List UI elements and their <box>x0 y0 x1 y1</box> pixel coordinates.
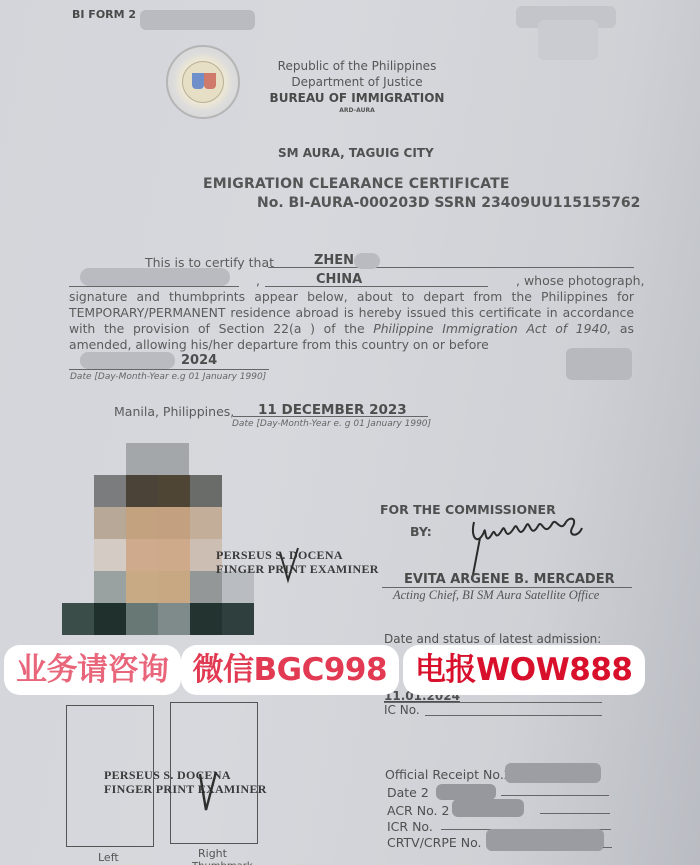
issued-date-hint: Date [Day-Month-Year e. g 01 January 199… <box>232 419 431 429</box>
valid-until-year: 2024 <box>181 353 217 368</box>
examiner-signature-icon <box>196 770 220 814</box>
crtv-label: CRTV/CRPE No. <box>387 835 481 850</box>
crtv-line <box>603 847 612 848</box>
redaction <box>566 348 632 380</box>
left-thumb-label: Left <box>98 851 119 864</box>
issued-place: Manila, Philippines, <box>114 404 234 419</box>
official-receipt-label: Official Receipt No.2 <box>385 767 512 782</box>
issued-date: 11 DECEMBER 2023 <box>258 402 407 418</box>
valid-until-line <box>69 369 269 370</box>
redaction <box>80 268 230 286</box>
watermark-text-2: 微信BGC998 <box>183 647 398 693</box>
admission-label: Date and status of latest admission: <box>384 632 601 646</box>
examiner-name: PERSEUS S. DOCENA <box>104 768 267 782</box>
agency-name: BUREAU OF IMMIGRATION <box>262 90 452 106</box>
ic-line <box>425 715 602 716</box>
certificate-title: EMIGRATION CLEARANCE CERTIFICATE <box>203 176 510 192</box>
republic-line: Republic of the Philippines <box>262 58 452 74</box>
redaction <box>505 763 601 783</box>
receipt-date-label: Date 2 <box>387 785 429 800</box>
acr-label: ACR No. 2 <box>387 803 449 818</box>
redaction <box>538 20 598 60</box>
signatory-title: Acting Chief, BI SM Aura Satellite Offic… <box>393 588 599 603</box>
examiner-title: FINGER PRINT EXAMINER <box>104 782 267 796</box>
redaction <box>80 352 175 369</box>
nationality: CHINA <box>316 272 362 287</box>
thumbmark-caption: Thumbmark <box>192 861 253 865</box>
redaction <box>452 799 524 817</box>
receipt-date-line <box>501 795 609 796</box>
right-thumb-label: Right <box>198 847 227 860</box>
redaction <box>486 829 604 851</box>
redaction <box>140 10 255 30</box>
nationality-line <box>265 286 488 287</box>
redaction <box>436 784 496 800</box>
watermark-banner: 业务请咨询 微信BGC998 电报WOW888 <box>6 645 643 695</box>
birthplace-line <box>69 286 239 287</box>
act-name: Philippine Immigration Act of 1940, <box>373 321 611 336</box>
signatory-name: EVITA ARGENE B. MERCADER <box>404 572 615 587</box>
examiner-signature-icon <box>278 546 302 586</box>
department-line: Department of Justice <box>262 74 452 90</box>
agency-sub: ARD-AURA <box>262 106 452 115</box>
letterhead: Republic of the Philippines Department o… <box>262 58 452 115</box>
holder-name: ZHEN <box>314 253 354 268</box>
watermark-text-3: 电报WOW888 <box>405 647 642 693</box>
by-label: BY: <box>410 524 432 539</box>
icr-label: ICR No. <box>387 819 433 834</box>
ic-label: IC No. <box>384 703 420 717</box>
comma: , <box>256 273 260 288</box>
holder-photo <box>62 443 252 633</box>
certificate-number: No. BI-AURA-000203D SSRN 23409UU11515576… <box>257 195 640 211</box>
redaction <box>354 253 380 269</box>
whose-text: , whose photograph, <box>516 273 645 288</box>
bureau-seal-icon <box>166 45 240 119</box>
examiner-stamp-thumbs: PERSEUS S. DOCENA FINGER PRINT EXAMINER <box>104 768 267 796</box>
valid-until-hint: Date [Day-Month-Year e.g 01 January 1990… <box>70 372 266 382</box>
watermark-text-1: 业务请咨询 <box>6 647 179 693</box>
certificate-body: signature and thumbprints appear below, … <box>69 289 634 353</box>
acr-line <box>540 813 610 814</box>
form-id: BI FORM 2 <box>72 8 136 21</box>
office-location: SM AURA, TAGUIG CITY <box>278 146 434 160</box>
